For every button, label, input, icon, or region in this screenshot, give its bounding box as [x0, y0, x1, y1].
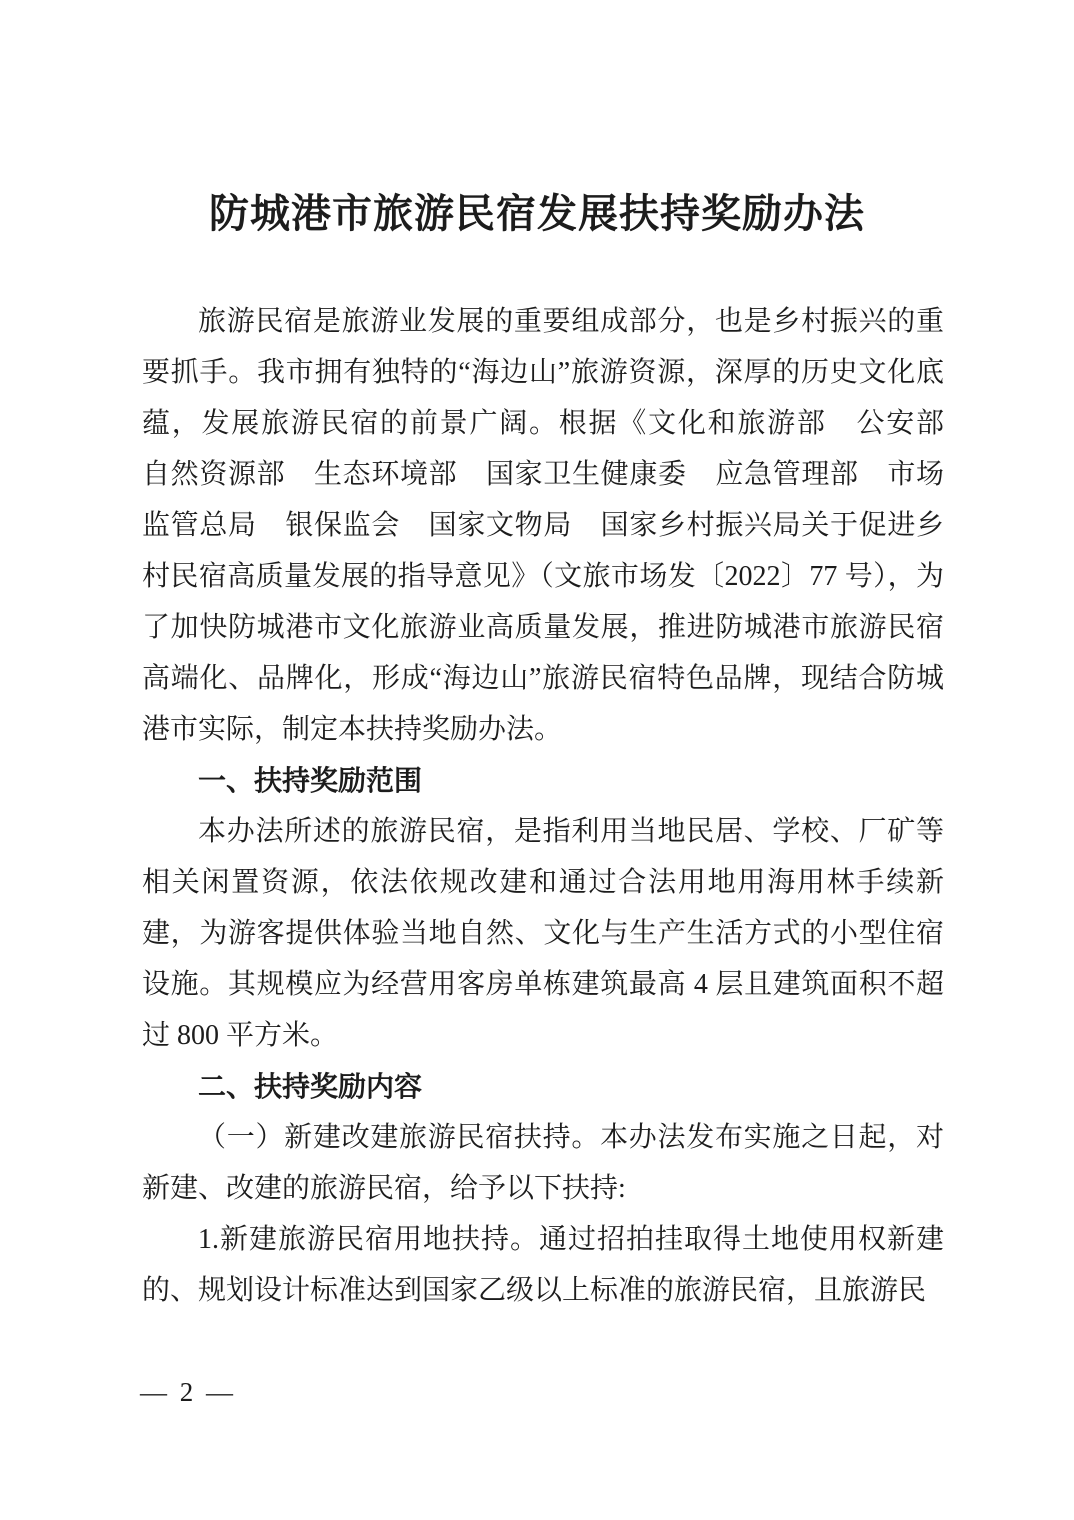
document-body: 旅游民宿是旅游业发展的重要组成部分，也是乡村振兴的重要抓手。我市拥有独特的“海边…	[142, 296, 944, 1316]
clause-1-lead: （一）新建改建旅游民宿扶持。	[198, 1122, 600, 1153]
document-title: 防城港市旅游民宿发展扶持奖励办法	[0, 0, 1074, 240]
page-number: — 2 —	[140, 1377, 236, 1408]
section-heading-content: 二、扶持奖励内容	[142, 1061, 944, 1112]
document-page: 防城港市旅游民宿发展扶持奖励办法 旅游民宿是旅游业发展的重要组成部分，也是乡村振…	[0, 0, 1074, 1520]
paragraph-scope: 本办法所述的旅游民宿，是指利用当地民居、学校、厂矿等相关闲置资源，依法依规改建和…	[142, 806, 944, 1061]
paragraph-clause-1-item-1: 1.新建旅游民宿用地扶持。通过招拍挂取得土地使用权新建的、规划设计标准达到国家乙…	[142, 1214, 944, 1316]
section-heading-scope: 一、扶持奖励范围	[142, 755, 944, 806]
paragraph-intro: 旅游民宿是旅游业发展的重要组成部分，也是乡村振兴的重要抓手。我市拥有独特的“海边…	[142, 296, 944, 755]
paragraph-clause-1: （一）新建改建旅游民宿扶持。本办法发布实施之日起，对新建、改建的旅游民宿，给予以…	[142, 1112, 944, 1214]
